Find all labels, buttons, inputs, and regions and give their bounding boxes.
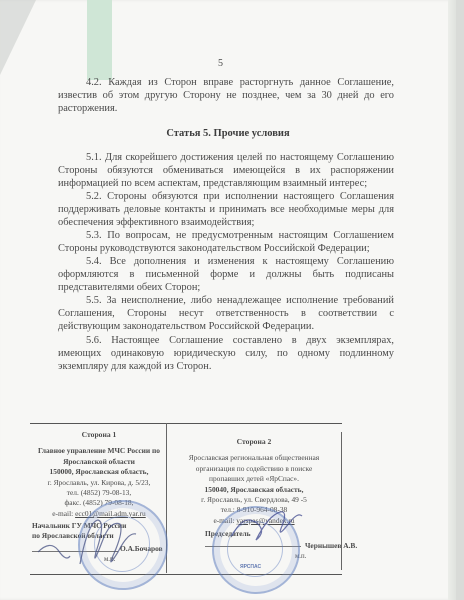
party-1-title: Сторона 1 <box>32 430 166 440</box>
party-1-phone: тел. (4852) 79-08-13, <box>32 488 166 498</box>
paragraph-number: 5.4. <box>86 256 102 267</box>
party-1-org-line1: Главное управление МЧС России по <box>32 446 166 456</box>
party-2-org-line3: пропавших детей «ЯрСпас». <box>168 474 340 484</box>
paragraph-5-6: 5.6. Настоящее Соглашение составлено в д… <box>58 334 394 373</box>
green-tab-marker <box>87 0 112 80</box>
party-1-address-line2: г. Ярославль, ул. Кирова, д. 5/23, <box>32 478 166 488</box>
party-2-org-line1: Ярославская региональная общественная <box>168 453 340 463</box>
paragraph-text: По вопросам, не предусмотренным настоящи… <box>58 230 394 254</box>
paragraph-5-3: 5.3. По вопросам, не предусмотренным нас… <box>58 229 394 255</box>
paragraph-number: 5.2. <box>86 191 102 202</box>
paragraph-4-2: 4.2. Каждая из Сторон вправе расторгнуть… <box>58 76 394 115</box>
paragraph-text: Для скорейшего достижения целей по насто… <box>58 152 394 189</box>
party-2-title: Сторона 2 <box>168 437 340 447</box>
paragraph-text: Стороны обязуются при исполнении настоящ… <box>58 191 394 228</box>
party-2-signer-name: Чернышев А.В. <box>305 541 357 550</box>
page-edge <box>448 0 456 600</box>
section-heading: Статья 5. Прочие условия <box>0 128 456 139</box>
paragraph-text: Каждая из Сторон вправе расторгнуть данн… <box>58 77 394 114</box>
paragraph-number: 4.2. <box>86 77 102 88</box>
document-page: 5 4.2. Каждая из Сторон вправе расторгну… <box>0 0 456 600</box>
paragraph-number: 5.5. <box>86 295 102 306</box>
paragraph-number: 5.1. <box>86 152 102 163</box>
paragraph-number: 5.3. <box>86 230 102 241</box>
signature-stroke-icon <box>36 512 156 572</box>
signature-stroke-icon <box>228 506 308 556</box>
paragraph-5-2: 5.2. Стороны обязуются при исполнении на… <box>58 190 394 229</box>
paragraph-text: Все дополнения и изменения к настоящему … <box>58 256 394 293</box>
paragraph-5-5: 5.5. За неисполнение, либо ненадлежащее … <box>58 294 394 333</box>
party-1-org-line2: Ярославской области <box>32 457 166 467</box>
paragraph-text: За неисполнение, либо ненадлежащее испол… <box>58 295 394 332</box>
page-number: 5 <box>218 58 223 69</box>
paragraph-5-4: 5.4. Все дополнения и изменения к настоя… <box>58 255 394 294</box>
paragraph-number: 5.6. <box>86 335 102 346</box>
party-2-stamp-label: ЯРСПАС <box>240 564 261 570</box>
paragraph-5-1: 5.1. Для скорейшего достижения целей по … <box>58 151 394 190</box>
party-1-address-line1: 150000, Ярославская область, <box>32 467 166 477</box>
paragraph-text: Настоящее Соглашение составлено в двух э… <box>58 335 394 372</box>
party-2-address-line1: 150040, Ярославская область, <box>168 485 340 495</box>
folded-corner <box>0 0 36 75</box>
party-2-org-line2: организация по содействию в поиске <box>168 464 340 474</box>
party-2-address-line2: г. Ярославль, ул. Свердлова, 49 -5 <box>168 495 340 505</box>
